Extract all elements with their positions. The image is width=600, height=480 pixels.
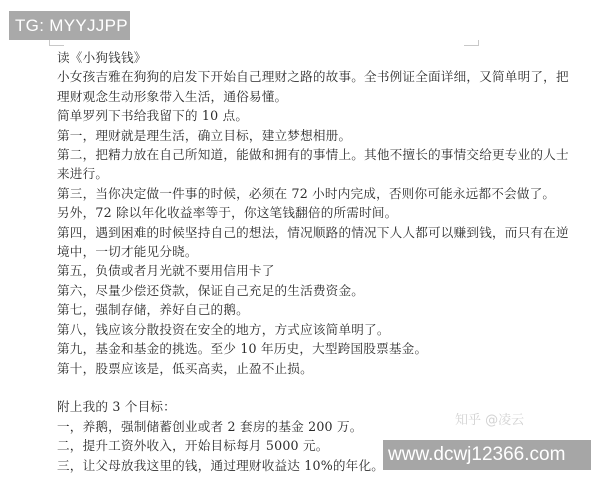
page-corner-mark-left: [49, 40, 64, 46]
point-2-cont: 来进行。: [57, 164, 537, 183]
zhihu-watermark: 知乎 @凌云: [455, 409, 524, 428]
point-3: 第三，当你决定做一件事的时候，必须在 72 小时内完成，否则你可能永远都不会做了…: [57, 184, 537, 203]
intro-line-2: 理财观念生动形象带入生活，通俗易懂。: [57, 87, 537, 106]
intro-line-1: 小女孩吉雅在狗狗的启发下开始自己理财之路的故事。全书例证全面详细，又简单明了，把: [57, 67, 537, 86]
point-4-cont: 境中，一切才能见分晓。: [57, 242, 537, 261]
url-watermark-banner: www.dcwj12366.com: [383, 440, 591, 470]
point-10: 第十，股票应该是，低买高卖，止盈不止损。: [57, 359, 537, 378]
point-1: 第一，理财就是理生活，确立目标，建立梦想相册。: [57, 126, 537, 145]
point-6: 第六，尽量少偿还贷款，保证自己充足的生活费资金。: [57, 281, 537, 300]
point-9: 第九，基金和基金的挑选。至少 10 年历史，大型跨国股票基金。: [57, 339, 537, 358]
document-title: 读《小狗钱钱》: [57, 48, 537, 67]
point-5: 第五，负债或者月光就不要用信用卡了: [57, 261, 537, 280]
summary-line: 简单罗列下书给我留下的 10 点。: [57, 106, 537, 125]
spacer: [57, 378, 537, 397]
point-4: 第四，遇到困难的时候坚持自己的想法，情况顺路的情况下人人都可以赚到钱，而只有在逆: [57, 223, 537, 242]
point-2: 第二，把精力放在自己所知道，能做和拥有的事情上。其他不擅长的事情交给更专业的人士: [57, 145, 537, 164]
point-3-note: 另外，72 除以年化收益率等于，你这笔钱翻倍的所需时间。: [57, 203, 537, 222]
tg-watermark: TG: MYYJJPP: [9, 11, 130, 40]
point-8: 第八，钱应该分散投资在安全的地方，方式应该简单明了。: [57, 320, 537, 339]
point-7: 第七，强制存储，养好自己的鹅。: [57, 300, 537, 319]
page-corner-mark-right: [464, 40, 479, 46]
